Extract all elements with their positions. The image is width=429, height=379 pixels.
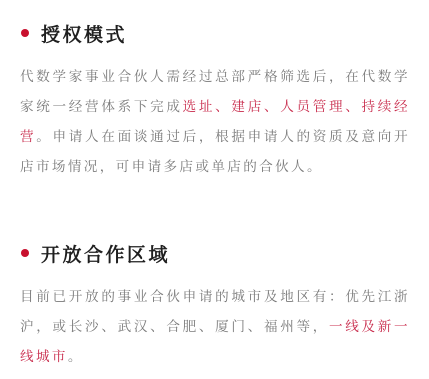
paragraph-text: 。 — [68, 349, 84, 365]
bullet-dot-icon — [21, 249, 29, 257]
bullet-dot-icon — [21, 29, 29, 37]
section-paragraph: 目前已开放的事业合伙申请的城市及地区有：优先江浙沪，或长沙、武汉、合肥、厦门、福… — [20, 282, 410, 372]
section-heading: 授权模式 — [20, 20, 410, 46]
section-title: 授权模式 — [41, 20, 127, 47]
section-open-regions: 开放合作区域 目前已开放的事业合伙申请的城市及地区有：优先江浙沪，或长沙、武汉、… — [20, 240, 410, 372]
section-paragraph: 代数学家事业合伙人需经过总部严格筛选后，在代数学家统一经营体系下完成选址、建店、… — [20, 62, 410, 182]
section-authorization-mode: 授权模式 代数学家事业合伙人需经过总部严格筛选后，在代数学家统一经营体系下完成选… — [20, 20, 410, 182]
section-title: 开放合作区域 — [41, 240, 170, 267]
paragraph-text: 。申请人在面谈通过后，根据申请人的资质及意向开店市场情况，可申请多店或单店的合伙… — [20, 129, 410, 175]
section-heading: 开放合作区域 — [20, 240, 410, 266]
